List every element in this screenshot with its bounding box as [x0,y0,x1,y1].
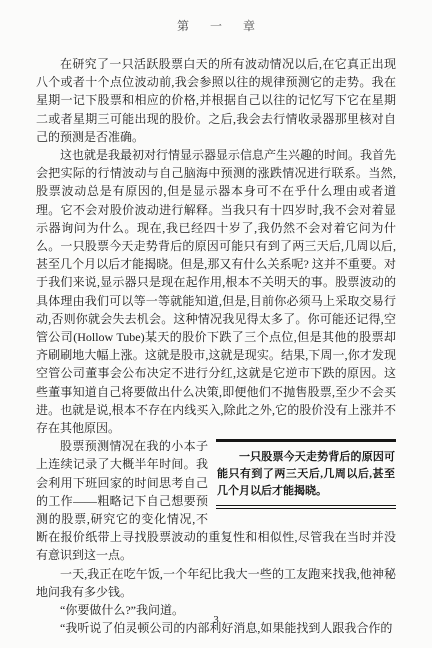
callout-box: 一只股票今天走势背后的原因可能只有到了两三天后,几周以后,甚至几个月以后才能揭晓… [216,439,396,509]
paragraph-3: 一只股票今天走势背后的原因可能只有到了两三天后,几周以后,甚至几个月以后才能揭晓… [36,437,396,564]
page-body: 在研究了一只活跃股票白天的所有波动情况以后,在它真正出现八个或者十个点位波动前,… [36,55,396,638]
paragraph-4: 一天,我正在吃午饭,一个年纪比我大一些的工友跑来找我,他神秘地问我有多少钱。 [36,565,396,601]
book-page: 第 一 章 在研究了一只活跃股票白天的所有波动情况以后,在它真正出现八个或者十个… [0,0,432,648]
callout-text: 一只股票今天走势背后的原因可能只有到了两三天后,几周以后,甚至几个月以后才能揭晓… [217,451,395,497]
paragraph-1: 在研究了一只活跃股票白天的所有波动情况以后,在它真正出现八个或者十个点位波动前,… [36,55,396,146]
chapter-header: 第 一 章 [0,0,432,34]
page-number: 3 [0,614,432,626]
paragraph-2: 这也就是我最初对行情显示器显示信息产生兴趣的时间。我首先会把实际的行情波动与自己… [36,146,396,437]
